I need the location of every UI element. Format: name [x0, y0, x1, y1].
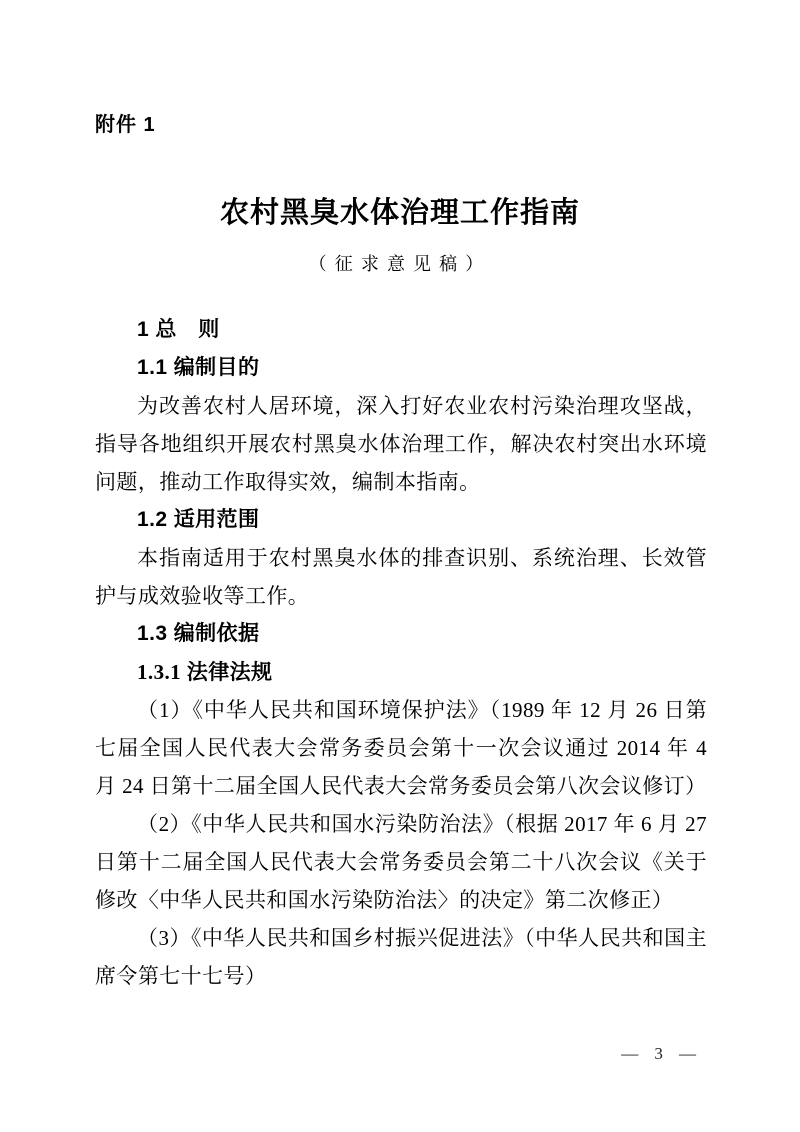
paragraph-law-2: （2）《中华人民共和国水污染防治法》（根据 2017 年 6 月 27 日第十二…: [95, 805, 707, 919]
section-heading-scope: 1.2 适用范围: [95, 501, 707, 539]
document-page: 附件 1 农村黑臭水体治理工作指南 （征求意见稿） 1 总 则 1.1 编制目的…: [0, 0, 800, 1132]
page-number: — 3 —: [621, 1044, 702, 1064]
paragraph-law-3: （3）《中华人民共和国乡村振兴促进法》（中华人民共和国主席令第七十七号）: [95, 919, 707, 995]
section-heading-purpose: 1.1 编制目的: [95, 349, 707, 387]
document-subtitle: （征求意见稿）: [0, 250, 800, 276]
subsection-heading-laws: 1.3.1 法律法规: [95, 653, 707, 691]
document-title: 农村黑臭水体治理工作指南: [0, 190, 800, 231]
document-body: 1 总 则 1.1 编制目的 为改善农村人居环境，深入打好农业农村污染治理攻坚战…: [95, 311, 707, 995]
section-heading-basis: 1.3 编制依据: [95, 615, 707, 653]
paragraph-purpose: 为改善农村人居环境，深入打好农业农村污染治理攻坚战，指导各地组织开展农村黑臭水体…: [95, 387, 707, 501]
paragraph-scope: 本指南适用于农村黑臭水体的排查识别、系统治理、长效管护与成效验收等工作。: [95, 539, 707, 615]
paragraph-law-1: （1）《中华人民共和国环境保护法》（1989 年 12 月 26 日第七届全国人…: [95, 691, 707, 805]
section-heading-general: 1 总 则: [95, 311, 707, 349]
attachment-label: 附件 1: [95, 108, 156, 137]
